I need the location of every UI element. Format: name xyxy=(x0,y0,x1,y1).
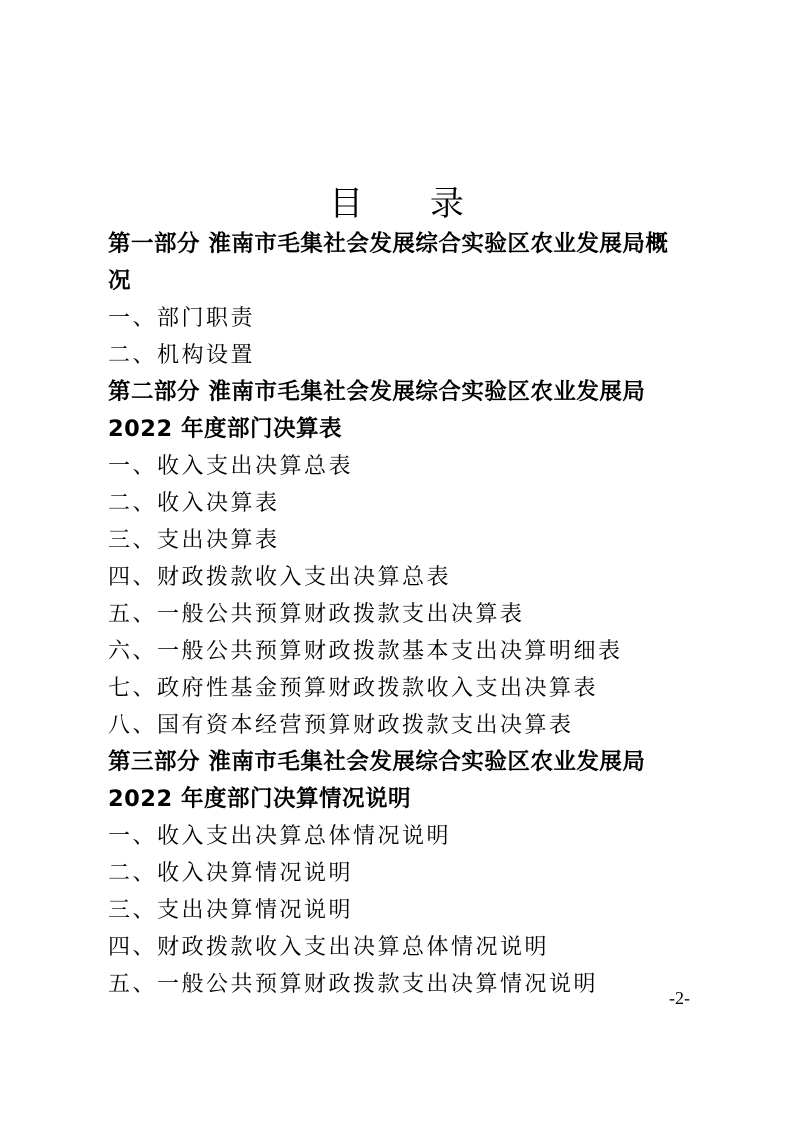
toc-item: 五、一般公共预算财政拨款支出决算表 xyxy=(108,596,708,633)
toc-item: 一、部门职责 xyxy=(108,300,708,337)
part-3-heading-line-2: 2022 年度部门决算情况说明 xyxy=(108,781,708,818)
part-2-heading-line-1: 第二部分 淮南市毛集社会发展综合实验区农业发展局 xyxy=(108,374,708,411)
toc-item: 四、财政拨款收入支出决算总表 xyxy=(108,559,708,596)
toc-item: 八、国有资本经营预算财政拨款支出决算表 xyxy=(108,707,708,744)
toc-item: 六、一般公共预算财政拨款基本支出决算明细表 xyxy=(108,633,708,670)
toc-title: 目 录 xyxy=(0,180,793,228)
toc-item: 三、支出决算情况说明 xyxy=(108,892,708,929)
toc-item: 一、收入支出决算总体情况说明 xyxy=(108,818,708,855)
table-of-contents: 第一部分 淮南市毛集社会发展综合实验区农业发展局概 况 一、部门职责 二、机构设… xyxy=(108,226,708,1003)
toc-item: 一、收入支出决算总表 xyxy=(108,448,708,485)
part-3-heading-line-1: 第三部分 淮南市毛集社会发展综合实验区农业发展局 xyxy=(108,744,708,781)
part-1-heading-line-2: 况 xyxy=(108,263,708,300)
toc-item: 四、财政拨款收入支出决算总体情况说明 xyxy=(108,929,708,966)
toc-item: 二、收入决算情况说明 xyxy=(108,855,708,892)
document-page: 目 录 第一部分 淮南市毛集社会发展综合实验区农业发展局概 况 一、部门职责 二… xyxy=(0,0,793,1122)
toc-item: 二、机构设置 xyxy=(108,337,708,374)
part-2-heading-line-2: 2022 年度部门决算表 xyxy=(108,411,708,448)
toc-item: 七、政府性基金预算财政拨款收入支出决算表 xyxy=(108,670,708,707)
page-number: -2- xyxy=(669,988,690,1009)
part-1-heading-line-1: 第一部分 淮南市毛集社会发展综合实验区农业发展局概 xyxy=(108,226,708,263)
toc-item: 二、收入决算表 xyxy=(108,485,708,522)
toc-item: 三、支出决算表 xyxy=(108,522,708,559)
toc-item: 五、一般公共预算财政拨款支出决算情况说明 xyxy=(108,966,708,1003)
